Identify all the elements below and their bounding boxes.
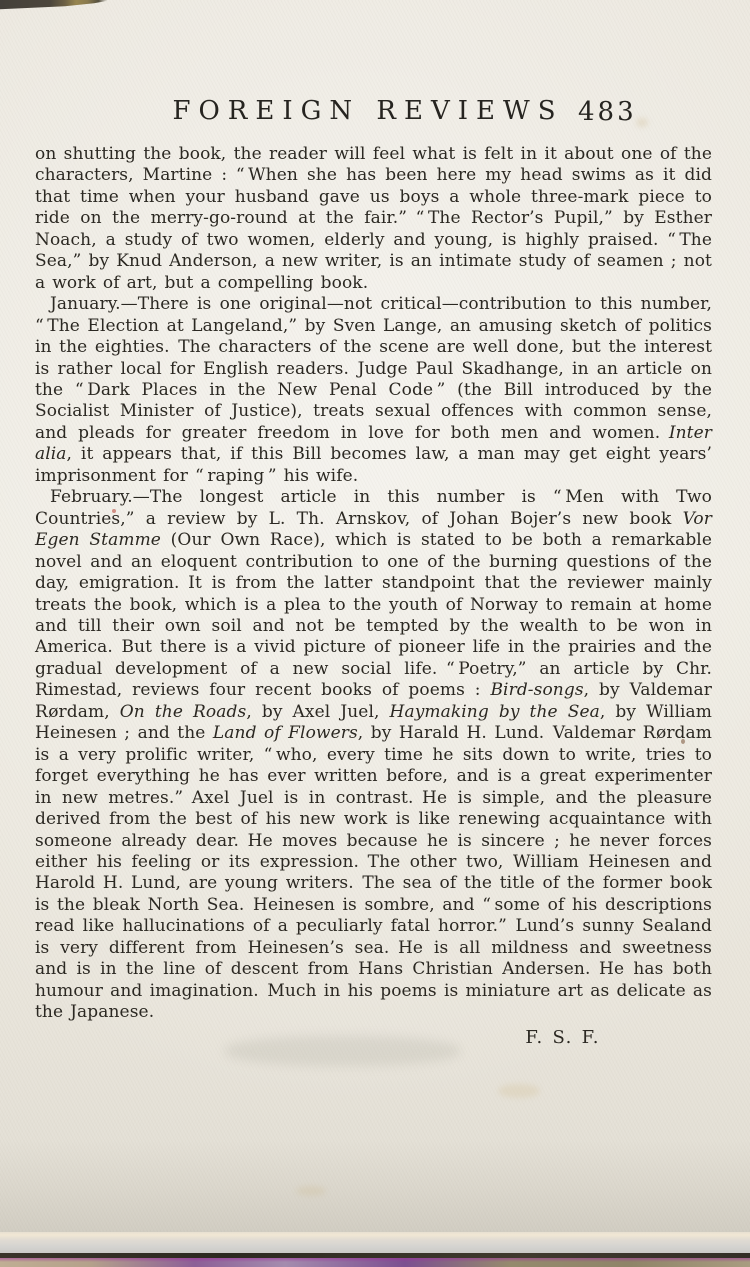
- scanner-bed-strip: [0, 1258, 750, 1267]
- paper-stain: [636, 118, 648, 127]
- running-head-title: FOREIGN REVIEWS: [172, 96, 563, 126]
- paragraph-february: February.—The longest article in this nu…: [35, 487, 712, 1023]
- paragraph-january: January.—There is one original—not criti…: [35, 294, 712, 487]
- paragraph-continuation: on shutting the book, the reader will fe…: [35, 144, 712, 294]
- ink-speck: [112, 509, 116, 513]
- show-through-mark: [225, 1036, 460, 1066]
- previous-page-edge: [0, 0, 112, 10]
- page-bottom-edge: [0, 1232, 750, 1253]
- ink-speck: [681, 739, 685, 744]
- paper-stain: [498, 1084, 540, 1098]
- page-bottom-shadow: [0, 1140, 750, 1233]
- review-text: on shutting the book, the reader will fe…: [35, 144, 712, 1048]
- page-header: FOREIGN REVIEWS 483: [0, 96, 750, 136]
- page-scan: FOREIGN REVIEWS 483 on shutting the book…: [0, 0, 750, 1267]
- page-number: 483: [578, 97, 637, 127]
